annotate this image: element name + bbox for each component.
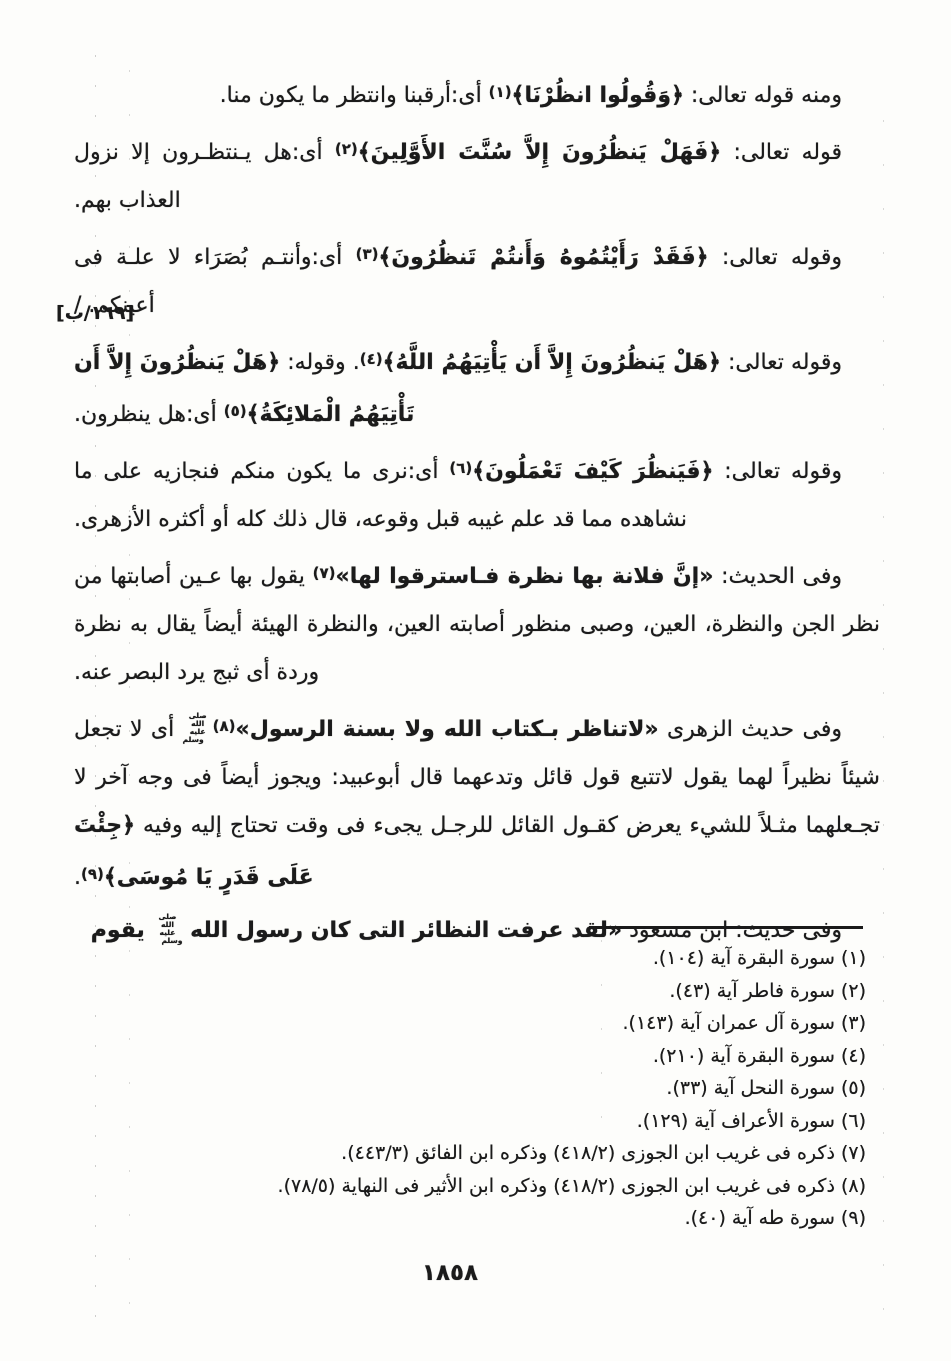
- footnote-item-9: (٩) سورة طه آية (٤٠).: [121, 1202, 866, 1235]
- footnote-ref: (٣): [356, 245, 379, 263]
- text-run: أى:أرقبنا وانتظر ما يكون منا.: [220, 83, 489, 108]
- text-run: . وقوله:: [280, 350, 360, 375]
- footnote-item-2: (٢) سورة فاطر آية (٤٣).: [121, 975, 866, 1008]
- footnote-ref: (٧): [313, 564, 336, 582]
- paragraph-7: وفى حديث الزهرى «لاتناظر بـكتاب الله ولا…: [74, 702, 880, 902]
- footnote-item-5: (٥) سورة النحل آية (٣٣).: [121, 1072, 866, 1105]
- footnote-item-8: (٨) ذكره فى غريب ابن الجوزى (٤١٨/٢) وذكر…: [121, 1170, 866, 1203]
- footnote-ref: (١): [489, 83, 512, 101]
- text-run: وقوله تعالى:: [709, 245, 842, 270]
- footnote-item-6: (٦) سورة الأعراف آية (١٢٩).: [121, 1105, 866, 1138]
- paragraph-2: قوله تعالى: ﴿فَهَلْ يَنظُرُونَ إِلاَّ سُ…: [74, 125, 880, 225]
- saw-symbol: صلى الله عليه وسلم: [152, 913, 182, 945]
- quran-verse: ﴿فَقَدْ رَأَيْتُمُوهُ وَأَنتُمْ تَنظُرُو…: [378, 245, 708, 270]
- body-text: ومنه قوله تعالى: ﴿وَقُولُوا انظُرْنَا﴾(١…: [74, 68, 880, 960]
- footnote-item-7: (٧) ذكره فى غريب ابن الجوزى (٤١٨/٢) وذكر…: [121, 1137, 866, 1170]
- text-run: ومنه قوله تعالى:: [684, 83, 842, 108]
- text-run: وفى الحديث:: [713, 564, 842, 589]
- page-number: ١٨٥٨: [385, 1260, 515, 1286]
- text-run: أى:هل يـنتظـرون إلا نزول العذاب بهم.: [74, 140, 335, 213]
- quran-verse: ﴿فَيَنظُرَ كَيْفَ تَعْمَلُونَ﴾: [472, 459, 713, 484]
- saw-symbol: صلى الله عليه وسلم: [183, 712, 213, 744]
- scanned-page: [١٦٩/ب] ومنه قوله تعالى: ﴿وَقُولُوا انظُ…: [0, 0, 951, 1361]
- footnote-ref: (٦): [449, 459, 472, 477]
- text-run: .: [74, 865, 81, 890]
- hadith-quote: «لقد عرفت النظائر التى كان رسول الله: [182, 918, 622, 943]
- hadith-quote: «إنَّ فلانة بها نظرة فـاسترقوا لها»: [336, 564, 714, 589]
- footnote-ref: (٩): [81, 865, 104, 883]
- scan-artifact-dots-right: [883, 120, 884, 1320]
- text-run: أى:هل ينظرون.: [74, 402, 224, 427]
- footnote-ref: (٢): [335, 140, 358, 158]
- text-run: قوله تعالى:: [721, 140, 842, 165]
- text-run: وقوله تعالى:: [721, 350, 842, 375]
- paragraph-1: ومنه قوله تعالى: ﴿وَقُولُوا انظُرْنَا﴾(١…: [74, 68, 880, 120]
- footnotes-separator: [589, 926, 863, 929]
- text-run: وقوله تعالى:: [713, 459, 842, 484]
- text-run: وفى حديث الزهرى: [659, 717, 842, 742]
- footnote-item-1: (١) سورة البقرة آية (١٠٤).: [121, 942, 866, 975]
- footnote-item-3: (٣) سورة آل عمران آية (١٤٣).: [121, 1007, 866, 1040]
- paragraph-4: وقوله تعالى: ﴿هَلْ يَنظُرُونَ إِلاَّ أَن…: [74, 335, 880, 439]
- quran-verse: ﴿فَهَلْ يَنظُرُونَ إِلاَّ سُنَّتَ الأَوَ…: [358, 140, 721, 165]
- paragraph-3: وقوله تعالى: ﴿فَقَدْ رَأَيْتُمُوهُ وَأَن…: [74, 230, 880, 330]
- footnote-item-4: (٤) سورة البقرة آية (٢١٠).: [121, 1040, 866, 1073]
- quran-verse: ﴿وَقُولُوا انظُرْنَا﴾: [512, 83, 684, 108]
- footnote-ref: (٨): [213, 717, 236, 735]
- hadith-quote: «لاتناظر بـكتاب الله ولا بسنة الرسول»: [236, 717, 659, 742]
- footnotes: (١) سورة البقرة آية (١٠٤).(٢) سورة فاطر …: [121, 942, 866, 1235]
- paragraph-5: وقوله تعالى: ﴿فَيَنظُرَ كَيْفَ تَعْمَلُو…: [74, 444, 880, 544]
- paragraph-6: وفى الحديث: «إنَّ فلانة بها نظرة فـاسترق…: [74, 549, 880, 697]
- text-run: أى:وأنتـم بُصَرَاء لا علـة فى أعينكم. /: [74, 245, 356, 318]
- footnote-ref: (٥): [224, 402, 247, 420]
- footnote-ref: (٤): [360, 350, 383, 368]
- quran-verse: ﴿هَلْ يَنظُرُونَ إِلاَّ أَن يَأْتِيَهُمُ…: [383, 350, 721, 375]
- hadith-quote: يقوم: [91, 918, 153, 943]
- text-run: وفى حديث: ابن مسعود: [622, 918, 842, 943]
